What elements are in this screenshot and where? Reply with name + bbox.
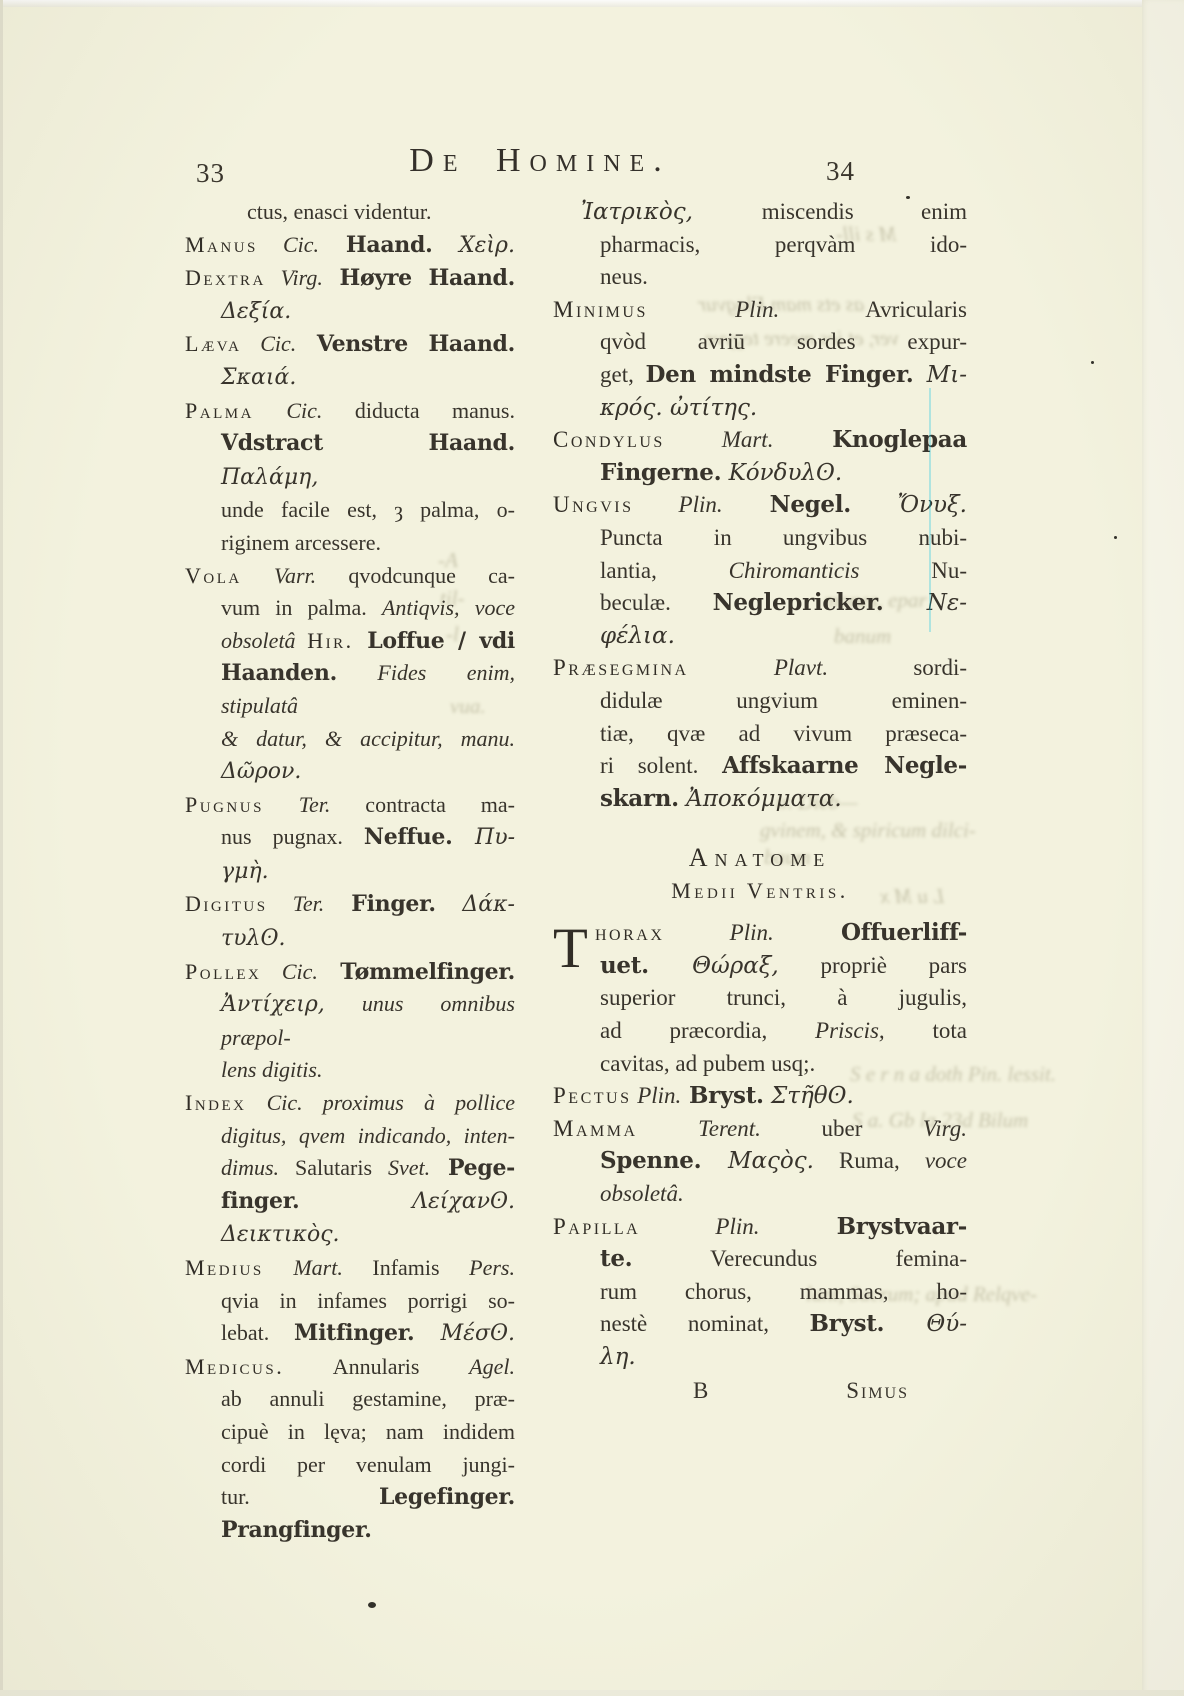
text-segment-sc: Medius	[185, 1255, 264, 1280]
text-segment-it: Pers.	[469, 1255, 515, 1280]
entry-line: Læva Cic. Venstre Haand.	[185, 328, 515, 361]
text-segment-it: Virg.	[923, 1116, 967, 1141]
text-segment-it: dimus.	[221, 1155, 279, 1180]
text-segment-fr: Høyre Haand.	[323, 265, 515, 291]
text-segment-rm: cipuè in lęva; nam indidem	[221, 1419, 515, 1444]
running-title: De Homine.	[350, 142, 730, 180]
text-segment-rm: tiæ, qvæ ad vivum præseca-	[600, 721, 967, 746]
text-segment-rm: Infamis	[343, 1255, 469, 1280]
entry-line: ab annuli gestamine, præ-	[185, 1383, 515, 1416]
entry-line: Vola Varr. qvodcunque ca-	[185, 560, 515, 593]
text-segment-sc: Hir.	[307, 628, 353, 653]
signature-line: B Simus	[553, 1374, 967, 1407]
entry-line: Condylus Mart. Knoglepaa	[553, 424, 967, 457]
text-segment-it: Antiqvis, voce	[382, 595, 515, 620]
text-segment-fr: Neglepricker.	[713, 589, 884, 616]
text-segment-fr: Venstre Haand.	[296, 331, 515, 357]
dictionary-entry: Palma Cic. diducta manus.Vdstract Haand.…	[185, 395, 515, 560]
catchword: Simus	[846, 1374, 909, 1407]
text-segment-sc: Condylus	[553, 427, 665, 452]
dictionary-entry: Ungvis Plin. Negel. Ὄνυξ.Puncta in ungvi…	[553, 489, 967, 652]
entry-line: riginem arcessere.	[185, 527, 515, 560]
entry-line: Pollex Cic. Tømmelfinger.	[185, 956, 515, 989]
text-segment-sc: Manus	[185, 232, 258, 257]
text-segment-rm: riginem arcessere.	[221, 530, 381, 555]
text-segment-fr: Bryst.	[681, 1082, 763, 1109]
entry-line: rum chorus, mammas, ho-	[553, 1276, 967, 1309]
entry-line: Palma Cic. diducta manus.	[185, 395, 515, 428]
entry-line: Puncta in ungvibus nubi-	[553, 522, 967, 555]
text-segment-fr: te.	[600, 1245, 632, 1272]
text-segment-rm: vum in palma.	[221, 595, 382, 620]
dictionary-entry: Condylus Mart. KnoglepaaFingerne. Κόνδυλ…	[553, 424, 967, 489]
text-segment-sc: Palma	[185, 398, 254, 423]
text-segment-fr: Mitfinger.	[294, 1320, 414, 1346]
text-segment-it: Svet.	[388, 1155, 430, 1180]
text-segment-rm: tur.	[221, 1484, 379, 1509]
dictionary-entry: Medicus. Annularis Agel.ab annuli gestam…	[185, 1351, 515, 1547]
text-segment-it: Varr.	[242, 563, 316, 588]
text-segment-it: Virg.	[266, 265, 323, 290]
text-segment-gr: Δάκ-	[436, 892, 515, 917]
text-segment-rm: uber	[761, 1116, 923, 1141]
text-segment-sc: Papilla	[553, 1214, 640, 1239]
text-segment-gr: Νε-	[883, 590, 967, 616]
text-segment-gr: Στῆθʘ.	[764, 1083, 854, 1109]
text-segment-it: Cic.	[242, 331, 297, 356]
entry-line: superior trunci, à jugulis,	[553, 982, 967, 1015]
text-segment-it: Plavt.	[689, 655, 829, 680]
scan-edge-bottom	[0, 1690, 1184, 1696]
text-segment-sc: Pugnus	[185, 792, 264, 817]
entry-line: Dextra Virg. Høyre Haand.	[185, 262, 515, 295]
entry-line: Pectus Plin. Bryst. Στῆθʘ.	[553, 1080, 967, 1113]
text-segment-fr: Haanden.	[221, 660, 337, 686]
text-segment-rm: ri solent.	[600, 753, 722, 778]
text-segment-rm: propriè pars	[779, 953, 967, 978]
dictionary-entry: Dextra Virg. Høyre Haand.Δεξία.	[185, 262, 515, 328]
text-segment-fr: Loffue / vdi	[354, 628, 515, 654]
section-heading-line2: Medii Ventris.	[553, 874, 967, 907]
entry-line: Medius Mart. Infamis Pers.	[185, 1252, 515, 1285]
text-segment-rm: get,	[600, 362, 645, 387]
text-segment-it: Plin.	[640, 1214, 759, 1239]
dictionary-entry: Papilla Plin. Brystvaar-te. Verecundus f…	[553, 1211, 967, 1374]
text-segment-sc: Pollex	[185, 959, 261, 984]
text-segment-rm: ad præcordia,	[600, 1018, 815, 1043]
dictionary-entry: Manus Cic. Haand. Χεὶρ.	[185, 229, 515, 263]
entry-line: Ungvis Plin. Negel. Ὄνυξ.	[553, 489, 967, 522]
text-segment-it: Plin.	[648, 297, 779, 322]
entry-line: τυλʘ.	[185, 922, 515, 956]
text-segment-sc: Medicus.	[185, 1354, 284, 1379]
text-segment-fr: Den mindste Finger.	[645, 361, 913, 388]
entry-line: Index Cic. proximus à pollice	[185, 1087, 515, 1120]
entry-line: nus pugnax. Neffue. Πυ-	[185, 821, 515, 855]
text-segment-sc: Ungvis	[553, 492, 634, 517]
text-segment-fr: Fingerne.	[600, 459, 721, 486]
text-segment-sc: horax	[595, 920, 664, 945]
scan-edge-top	[0, 0, 1184, 7]
dictionary-entry: Pectus Plin. Bryst. Στῆθʘ.	[553, 1080, 967, 1113]
text-segment-rm: ctus, enasci videntur.	[247, 199, 432, 224]
text-segment-rm: cordi per venulam jungi-	[221, 1452, 515, 1477]
text-segment-it: obsoletâ	[221, 628, 307, 653]
left-column-entries: ctus, enasci videntur.Manus Cic. Haand. …	[185, 196, 515, 1546]
entry-line: λη.	[553, 1341, 967, 1374]
entry-line: Σκαιά.	[185, 361, 515, 395]
ink-speck	[1091, 361, 1094, 364]
entry-line: lebat. Mitfinger. Μέσʘ.	[185, 1317, 515, 1351]
text-segment-rm: nestè nominat,	[600, 1311, 810, 1336]
ink-speck	[368, 1602, 376, 1608]
dictionary-entry: Pollex Cic. Tømmelfinger.Ἀντίχειρ, unus …	[185, 956, 515, 1087]
entry-line: Δῶρον.	[185, 755, 515, 789]
text-segment-gr: Χεὶρ.	[432, 233, 515, 258]
entry-line: cipuè in lęva; nam indidem	[185, 1416, 515, 1449]
entry-line: Præsegmina Plavt. sordi-	[553, 652, 967, 685]
text-segment-rm: unde facile est, ȝ palma, o-	[221, 497, 515, 522]
text-segment-rm: didulæ ungvium eminen-	[600, 688, 967, 713]
dictionary-entry: Index Cic. proximus à pollicedigitus, qv…	[185, 1087, 515, 1252]
text-segment-gr: Δεξία.	[221, 299, 291, 324]
text-segment-rm: Annularis	[284, 1354, 469, 1379]
text-segment-fr: Spenne.	[600, 1147, 701, 1174]
text-segment-rm: miscendis enim	[762, 199, 967, 224]
text-segment-rm: contracta ma-	[330, 792, 515, 817]
text-segment-rm: superior trunci, à jugulis,	[600, 985, 967, 1010]
text-segment-fr: Vdstract Haand.	[221, 430, 515, 456]
text-segment-rm: nus pugnax.	[221, 824, 364, 849]
text-segment-gr: Ἀποκόμματα.	[679, 786, 842, 812]
dictionary-entry: Minimus Plin. Avricularisqvòd avriū sord…	[553, 294, 967, 424]
entry-line: obsoletâ Hir. Loffue / vdi	[185, 625, 515, 658]
entry-line: Thorax Plin. Offuerliff-	[553, 917, 967, 950]
left-column: ctus, enasci videntur.Manus Cic. Haand. …	[185, 196, 515, 1546]
text-segment-sc: Læva	[185, 331, 242, 356]
entry-line: Ἰατρικὸς, miscendis enim	[553, 196, 967, 229]
entry-line: Minimus Plin. Avricularis	[553, 294, 967, 327]
text-segment-it: Cic. proximus à pollice	[247, 1090, 516, 1115]
ink-speck	[906, 196, 910, 199]
entry-line: obsoletâ.	[553, 1178, 967, 1211]
text-segment-gr: Ἀντίχειρ,	[221, 992, 325, 1017]
text-segment-fr: Finger.	[324, 891, 435, 917]
entry-line: digitus, qvem indicando, inten-	[185, 1120, 515, 1153]
text-segment-fr: uet.	[600, 952, 649, 979]
text-segment-rm: tota	[885, 1018, 967, 1043]
text-segment-sc: Dextra	[185, 265, 266, 290]
entry-line: unde facile est, ȝ palma, o-	[185, 494, 515, 527]
dictionary-entry: Ἰατρικὸς, miscendis enimpharmacis, perqv…	[553, 196, 967, 294]
text-segment-it: digitus, qvem indicando, inten-	[221, 1123, 515, 1148]
text-segment-it: Agel.	[469, 1354, 515, 1379]
text-segment-it: Mart.	[665, 427, 774, 452]
section-heading-line1: Anatome	[553, 841, 967, 874]
entry-line: Mamma Terent. uber Virg.	[553, 1113, 967, 1146]
entry-line: get, Den mindste Finger. Μι-	[553, 359, 967, 392]
text-segment-rm: Avricularis	[779, 297, 967, 322]
text-segment-rm: cavitas, ad pubem usq;.	[600, 1051, 815, 1076]
text-segment-rm: lantia,	[600, 558, 729, 583]
text-segment-gr: τυλʘ.	[221, 926, 286, 951]
dictionary-entry: Medius Mart. Infamis Pers.qvia in infame…	[185, 1252, 515, 1351]
text-segment-rm: ab annuli gestamine, præ-	[221, 1386, 515, 1411]
entry-line: Digitus Ter. Finger. Δάκ-	[185, 888, 515, 922]
page-edge-right	[1142, 0, 1184, 1696]
entry-line: ri solent. Affskaarne Negle-	[553, 750, 967, 783]
entry-line: cordi per venulam jungi-	[185, 1449, 515, 1482]
dictionary-entry: Thorax Plin. Offuerliff-uet. Θώραξ, prop…	[553, 917, 967, 1080]
text-segment-it: Plin.	[634, 492, 723, 517]
text-segment-sc: Pectus	[553, 1083, 631, 1108]
page-number-right: 34	[826, 156, 855, 187]
signature-mark: B	[693, 1374, 710, 1407]
text-segment-rm: diducta manus.	[322, 398, 515, 423]
entry-line: tiæ, qvæ ad vivum præseca-	[553, 718, 967, 751]
text-segment-gr: φέλια.	[600, 623, 675, 649]
text-segment-it: Cic.	[261, 959, 318, 984]
text-segment-gr: Ἰατρικὸς,	[581, 199, 762, 225]
text-segment-rm: beculæ.	[600, 590, 713, 615]
entry-line: qvia in infames porrigi so-	[185, 1285, 515, 1318]
entry-line: lantia, Chiromanticis Nu-	[553, 555, 967, 588]
text-segment-sc: Præsegmina	[553, 655, 689, 680]
text-segment-fr: Offuerliff-	[774, 919, 967, 946]
text-segment-rm: neus.	[600, 264, 648, 289]
text-segment-it: & datur, & accipitur, manu.	[221, 726, 515, 751]
dictionary-entry: Læva Cic. Venstre Haand.Σκαιά.	[185, 328, 515, 394]
entry-line: γμὴ.	[185, 855, 515, 889]
text-segment-it: Chiromanticis	[729, 558, 860, 583]
text-segment-gr: Παλάμη,	[221, 465, 318, 490]
right-column-entries-top: Ἰατρικὸς, miscendis enimpharmacis, perqv…	[553, 196, 967, 815]
text-segment-fr: Pege-	[430, 1155, 515, 1181]
text-segment-gr: Μι-	[913, 362, 967, 388]
entry-line: nestè nominat, Bryst. Θύ-	[553, 1308, 967, 1341]
text-segment-rm: Verecundus femina-	[632, 1246, 967, 1271]
text-segment-fr: Tømmelfinger.	[318, 959, 515, 985]
entry-line: finger. Λείχανʘ. Δεικτικὸς.	[185, 1185, 515, 1252]
text-segment-rm: qvòd avriū sordes expur-	[600, 329, 967, 354]
entry-line: & datur, & accipitur, manu.	[185, 723, 515, 756]
page-number-left: 33	[196, 158, 225, 189]
entry-line: Papilla Plin. Brystvaar-	[553, 1211, 967, 1244]
text-segment-rm: pharmacis, perqvàm ido-	[600, 232, 967, 257]
text-segment-fr: Knoglepaa	[773, 426, 967, 453]
text-segment-gr: Μέσʘ.	[414, 1321, 515, 1346]
text-segment-it: Terent.	[638, 1116, 761, 1141]
entry-line: te. Verecundus femina-	[553, 1243, 967, 1276]
entry-line: beculæ. Neglepricker. Νε-	[553, 587, 967, 620]
right-column-entries-bottom: Thorax Plin. Offuerliff-uet. Θώραξ, prop…	[553, 917, 967, 1373]
text-segment-it: Plin.	[664, 920, 773, 945]
entry-line: Spenne. Μαςὸς. Ruma, voce	[553, 1145, 967, 1178]
entry-line: lens digitis.	[185, 1054, 515, 1087]
text-segment-sc: Minimus	[553, 297, 648, 322]
entry-line: qvòd avriū sordes expur-	[553, 326, 967, 359]
entry-line: skarn. Ἀποκόμματα.	[553, 783, 967, 816]
text-segment-rm: lebat.	[221, 1320, 294, 1345]
text-segment-rm: sordi-	[828, 655, 967, 680]
text-segment-rm: Salutaris	[279, 1155, 388, 1180]
text-segment-rm: Nu-	[859, 558, 967, 583]
dictionary-entry: Mamma Terent. uber Virg.Spenne. Μαςὸς. R…	[553, 1113, 967, 1211]
entry-line: didulæ ungvium eminen-	[553, 685, 967, 718]
text-segment-fr: Affskaarne Negle-	[722, 752, 967, 779]
entry-line: Haanden. Fides enim, stipulatâ	[185, 657, 515, 722]
text-segment-gr: κρός. ὠτίτης.	[600, 395, 757, 421]
text-segment-gr: Πυ-	[452, 825, 515, 850]
text-segment-it: Plin.	[631, 1083, 681, 1108]
scan-artifact-line	[929, 388, 931, 632]
text-segment-sc: Mamma	[553, 1116, 638, 1141]
text-segment-fr: Haand.	[319, 232, 432, 258]
dictionary-entry: Vola Varr. qvodcunque ca-vum in palma. A…	[185, 560, 515, 789]
entry-line: Fingerne. Κόνδυλʘ.	[553, 457, 967, 490]
entry-line: tur. Legefinger. Prangfinger.	[185, 1481, 515, 1546]
entry-line: Medicus. Annularis Agel.	[185, 1351, 515, 1384]
entry-line: ctus, enasci videntur.	[185, 196, 515, 229]
text-segment-gr: Σκαιά.	[221, 365, 296, 390]
text-segment-sc: Digitus	[185, 891, 268, 916]
right-column: Ἰατρικὸς, miscendis enimpharmacis, perqv…	[553, 196, 967, 1407]
section-heading: Anatome Medii Ventris.	[553, 841, 967, 907]
entry-line: vum in palma. Antiqvis, voce	[185, 592, 515, 625]
text-segment-fr: Brystvaar-	[759, 1213, 967, 1240]
entry-line: Δεξία.	[185, 295, 515, 329]
text-segment-gr: λη.	[600, 1344, 636, 1370]
text-segment-gr: Κόνδυλʘ.	[721, 460, 842, 486]
drop-cap: T	[553, 920, 589, 982]
text-segment-it: Ter.	[268, 891, 325, 916]
text-segment-rm: rum chorus, mammas, ho-	[600, 1279, 967, 1304]
entry-line: dimus. Salutaris Svet. Pege-	[185, 1152, 515, 1185]
text-segment-it: obsoletâ.	[600, 1181, 684, 1206]
text-segment-it: Priscis,	[815, 1018, 885, 1043]
text-segment-gr: Θύ-	[884, 1311, 967, 1337]
text-segment-it: Cic.	[258, 232, 319, 257]
text-segment-fr: Bryst.	[810, 1310, 885, 1337]
dictionary-entry: Pugnus Ter. contracta ma-nus pugnax. Nef…	[185, 789, 515, 889]
ink-speck	[1114, 536, 1117, 539]
entry-line: neus.	[553, 261, 967, 294]
book-page-scan: as ets mam Flagvurver, et ies meere tegy…	[0, 0, 1184, 1696]
text-segment-sc: Index	[185, 1090, 247, 1115]
scan-edge-left	[0, 0, 3, 1696]
text-segment-gr: Μαςὸς.	[701, 1148, 814, 1174]
text-segment-it: lens digitis.	[221, 1057, 322, 1082]
entry-line: pharmacis, perqvàm ido-	[553, 229, 967, 262]
text-segment-gr: Δῶρον.	[221, 759, 301, 784]
text-segment-fr: finger.	[221, 1188, 299, 1214]
entry-line: Manus Cic. Haand. Χεὶρ.	[185, 229, 515, 263]
entry-line: κρός. ὠτίτης.	[553, 392, 967, 425]
text-segment-it: Ter.	[264, 792, 331, 817]
text-segment-gr: Ὄνυξ.	[851, 492, 967, 518]
dictionary-entry: Digitus Ter. Finger. Δάκ-τυλʘ.	[185, 888, 515, 955]
dictionary-entry: ctus, enasci videntur.	[185, 196, 515, 229]
entry-line: ad præcordia, Priscis, tota	[553, 1015, 967, 1048]
entry-line: Pugnus Ter. contracta ma-	[185, 789, 515, 822]
text-segment-fr: skarn.	[600, 785, 679, 812]
entry-line: Vdstract Haand. Παλάμη,	[185, 427, 515, 494]
text-segment-fr: Negel.	[723, 491, 851, 518]
text-segment-fr: Neffue.	[364, 824, 453, 850]
text-segment-rm: Ruma,	[814, 1148, 925, 1173]
entry-line: uet. Θώραξ, propriè pars	[553, 950, 967, 983]
dictionary-entry: Præsegmina Plavt. sordi-didulæ ungvium e…	[553, 652, 967, 815]
text-segment-rm: Puncta in ungvibus nubi-	[600, 525, 967, 550]
entry-line: cavitas, ad pubem usq;.	[553, 1048, 967, 1081]
text-segment-rm: qvia in infames porrigi so-	[221, 1288, 515, 1313]
text-segment-it: voce	[925, 1148, 967, 1173]
text-segment-sc: Vola	[185, 563, 242, 588]
entry-line: Ἀντίχειρ, unus omnibus præpol-	[185, 988, 515, 1054]
entry-line: φέλια.	[553, 620, 967, 653]
text-segment-gr: γμὴ.	[221, 859, 269, 884]
text-segment-rm: qvodcunque ca-	[316, 563, 515, 588]
text-segment-it: Cic.	[254, 398, 323, 423]
text-segment-gr: Θώραξ,	[649, 953, 779, 979]
text-segment-it: Mart.	[264, 1255, 343, 1280]
